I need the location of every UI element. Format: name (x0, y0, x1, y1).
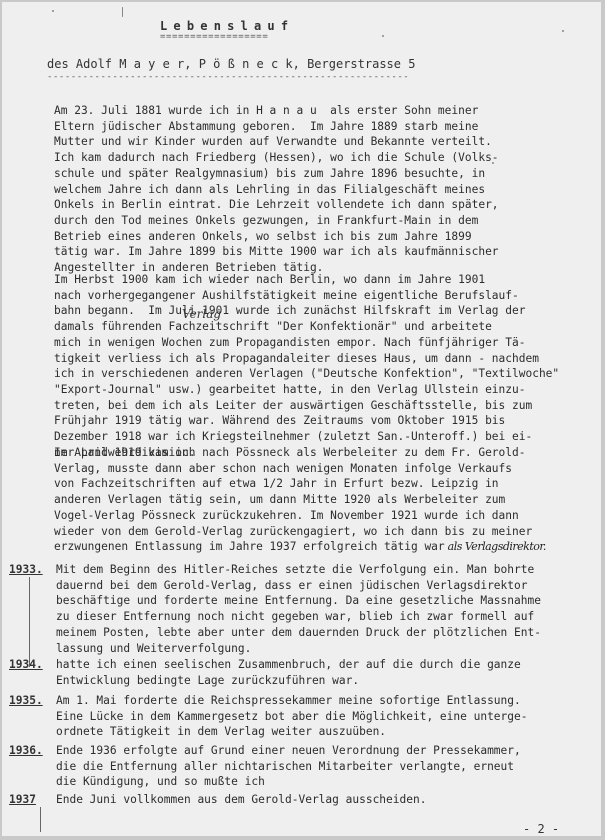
text-line: lassung und Weiterverfolgung. (56, 641, 541, 657)
text-line: die die Entfernung aller nichtarischen M… (56, 759, 521, 775)
text-line: Verlag, musste dann aber schon nach weni… (54, 461, 599, 477)
entry-text: Ende Juni vollkommen aus dem Gerold-Verl… (56, 792, 426, 808)
text-line: wieder von dem Gerold-Verlag zurückengag… (54, 524, 599, 540)
text-line: Im Herbst 1900 kam ich wieder nach Berli… (54, 272, 599, 288)
text-line: Dezember 1918 war ich Kriegsteilnehmer (… (54, 429, 599, 445)
paper-speck (382, 35, 384, 37)
text-line: mich in wenigen Wochen zum Propagandiste… (54, 335, 599, 351)
text-line: nach vorhergegangener Aushilfstätigkeit … (54, 288, 599, 304)
text-line: zu dieser Entfernung noch nicht gegeben … (56, 609, 541, 625)
text-line: Mutter und wir Kinder wurden auf Verwand… (54, 134, 599, 150)
paragraph-berlin-career: Im Herbst 1900 kam ich wieder nach Berli… (54, 272, 599, 460)
text-line: Eine Lücke in dem Kammergesetz bot aber … (56, 709, 527, 725)
handwritten-addition: als Verlagsdirektor. (445, 540, 546, 553)
text-line: treten, bei dem ich als Leiter der auswä… (54, 398, 599, 414)
header-rule: ----------------------------------------… (47, 72, 409, 82)
text-line: Ende 1936 erfolgte auf Grund einer neuen… (56, 743, 521, 759)
text-line: von Fachzeitschriften auf etwa 1/2 Jahr … (54, 476, 599, 492)
margin-mark (29, 577, 30, 667)
text-line: durch den Tod meines Onkels gezwungen, i… (54, 213, 599, 229)
text-line: die Kündigung, und so mußte ich (56, 774, 521, 790)
entry-text: hatte ich einen seelischen Zusammenbruch… (56, 657, 521, 688)
entry-text: Ende 1936 erfolgte auf Grund einer neuen… (56, 743, 521, 790)
margin-mark (40, 807, 41, 832)
paragraph-early-life: Am 23. Juli 1881 wurde ich in H a n a u … (54, 103, 599, 276)
text-line: Am 1. Mai forderte die Reichspressekamme… (56, 693, 527, 709)
text-line: welchem Jahre ich dann als Lehrling in d… (54, 182, 599, 198)
title-underline: ================== (160, 32, 268, 42)
text-line: Eltern jüdischer Abstammung geboren. Im … (54, 119, 599, 135)
entry-text: Am 1. Mai forderte die Reichspressekamme… (56, 693, 527, 740)
text-line: tigkeit verliess ich als Propagandaleite… (54, 351, 599, 367)
text-line: ordnete Tätigkeit in dem Verlag weiter a… (56, 724, 527, 740)
text-line: tätig war. Im Jahre 1899 bis Mitte 1900 … (54, 244, 599, 260)
paper-speck (492, 162, 494, 164)
text-line: beschäftige und forderte meine Entfernun… (56, 593, 541, 609)
text-line: schule und später Realgymnasium) bis zum… (54, 166, 599, 182)
text-line: Im April 1919 kam ich nach Pössneck als … (54, 445, 599, 461)
text-line: ich in verschiedenen anderen Verlagen ("… (54, 366, 599, 382)
text-line: damals führenden Fachzeitschrift "Der Ko… (54, 319, 599, 335)
year-label: 1933. (9, 562, 43, 578)
text-line: meinem Posten, lebte aber unter dem daue… (56, 625, 541, 641)
year-label: 1936. (9, 743, 43, 759)
paragraph-poessneck: Im April 1919 kam ich nach Pössneck als … (54, 445, 599, 555)
paper-speck (52, 10, 54, 12)
text-line: erzwungenen Entlassung im Jahre 1937 erf… (54, 539, 599, 555)
year-label: 1935. (9, 693, 43, 709)
text-line: Mit dem Beginn des Hitler-Reiches setzte… (56, 562, 541, 578)
text-line: Ich kam dadurch nach Friedberg (Hessen),… (54, 150, 599, 166)
text-line: "Export-Journal" usw.) gearbeitet hatte,… (54, 382, 599, 398)
year-label: 1934. (9, 657, 43, 673)
document-header: des Adolf M a y e r, P ö ß n e c k, Berg… (47, 57, 415, 71)
text-line: Ende Juni vollkommen aus dem Gerold-Verl… (56, 792, 426, 808)
text-line: dauernd bei dem Gerold-Verlag, dass er e… (56, 578, 541, 594)
paper-speck (562, 30, 564, 32)
text-line: Am 23. Juli 1881 wurde ich in H a n a u … (54, 103, 599, 119)
year-label: 1937 (9, 792, 36, 808)
document-title: Lebenslauf (160, 19, 294, 33)
handwritten-correction: Verlag (182, 307, 221, 321)
text-line: bahn begann. Im Juli 1901 wurde ich zunä… (54, 303, 599, 319)
text-line: Entwicklung bedingte Lage zurückzuführen… (56, 673, 521, 689)
text-line: anderen Verlagen tätig sein, um dann Mit… (54, 492, 599, 508)
text-line: Onkels in Berlin eintrat. Die Lehrzeit v… (54, 197, 599, 213)
text-line: Frühjahr 1919 tätig war. Während des Zei… (54, 413, 599, 429)
entry-text: Mit dem Beginn des Hitler-Reiches setzte… (56, 562, 541, 656)
paper-speck (122, 7, 123, 17)
text-line: hatte ich einen seelischen Zusammenbruch… (56, 657, 521, 673)
text-line: Betrieb eines anderen Onkels, wo selbst … (54, 229, 599, 245)
page-number: - 2 - (523, 822, 559, 836)
document-page: Lebenslauf ================== des Adolf … (2, 2, 601, 836)
text-line: Vogel-Verlag Pössneck zurückzukehren. Im… (54, 508, 599, 524)
